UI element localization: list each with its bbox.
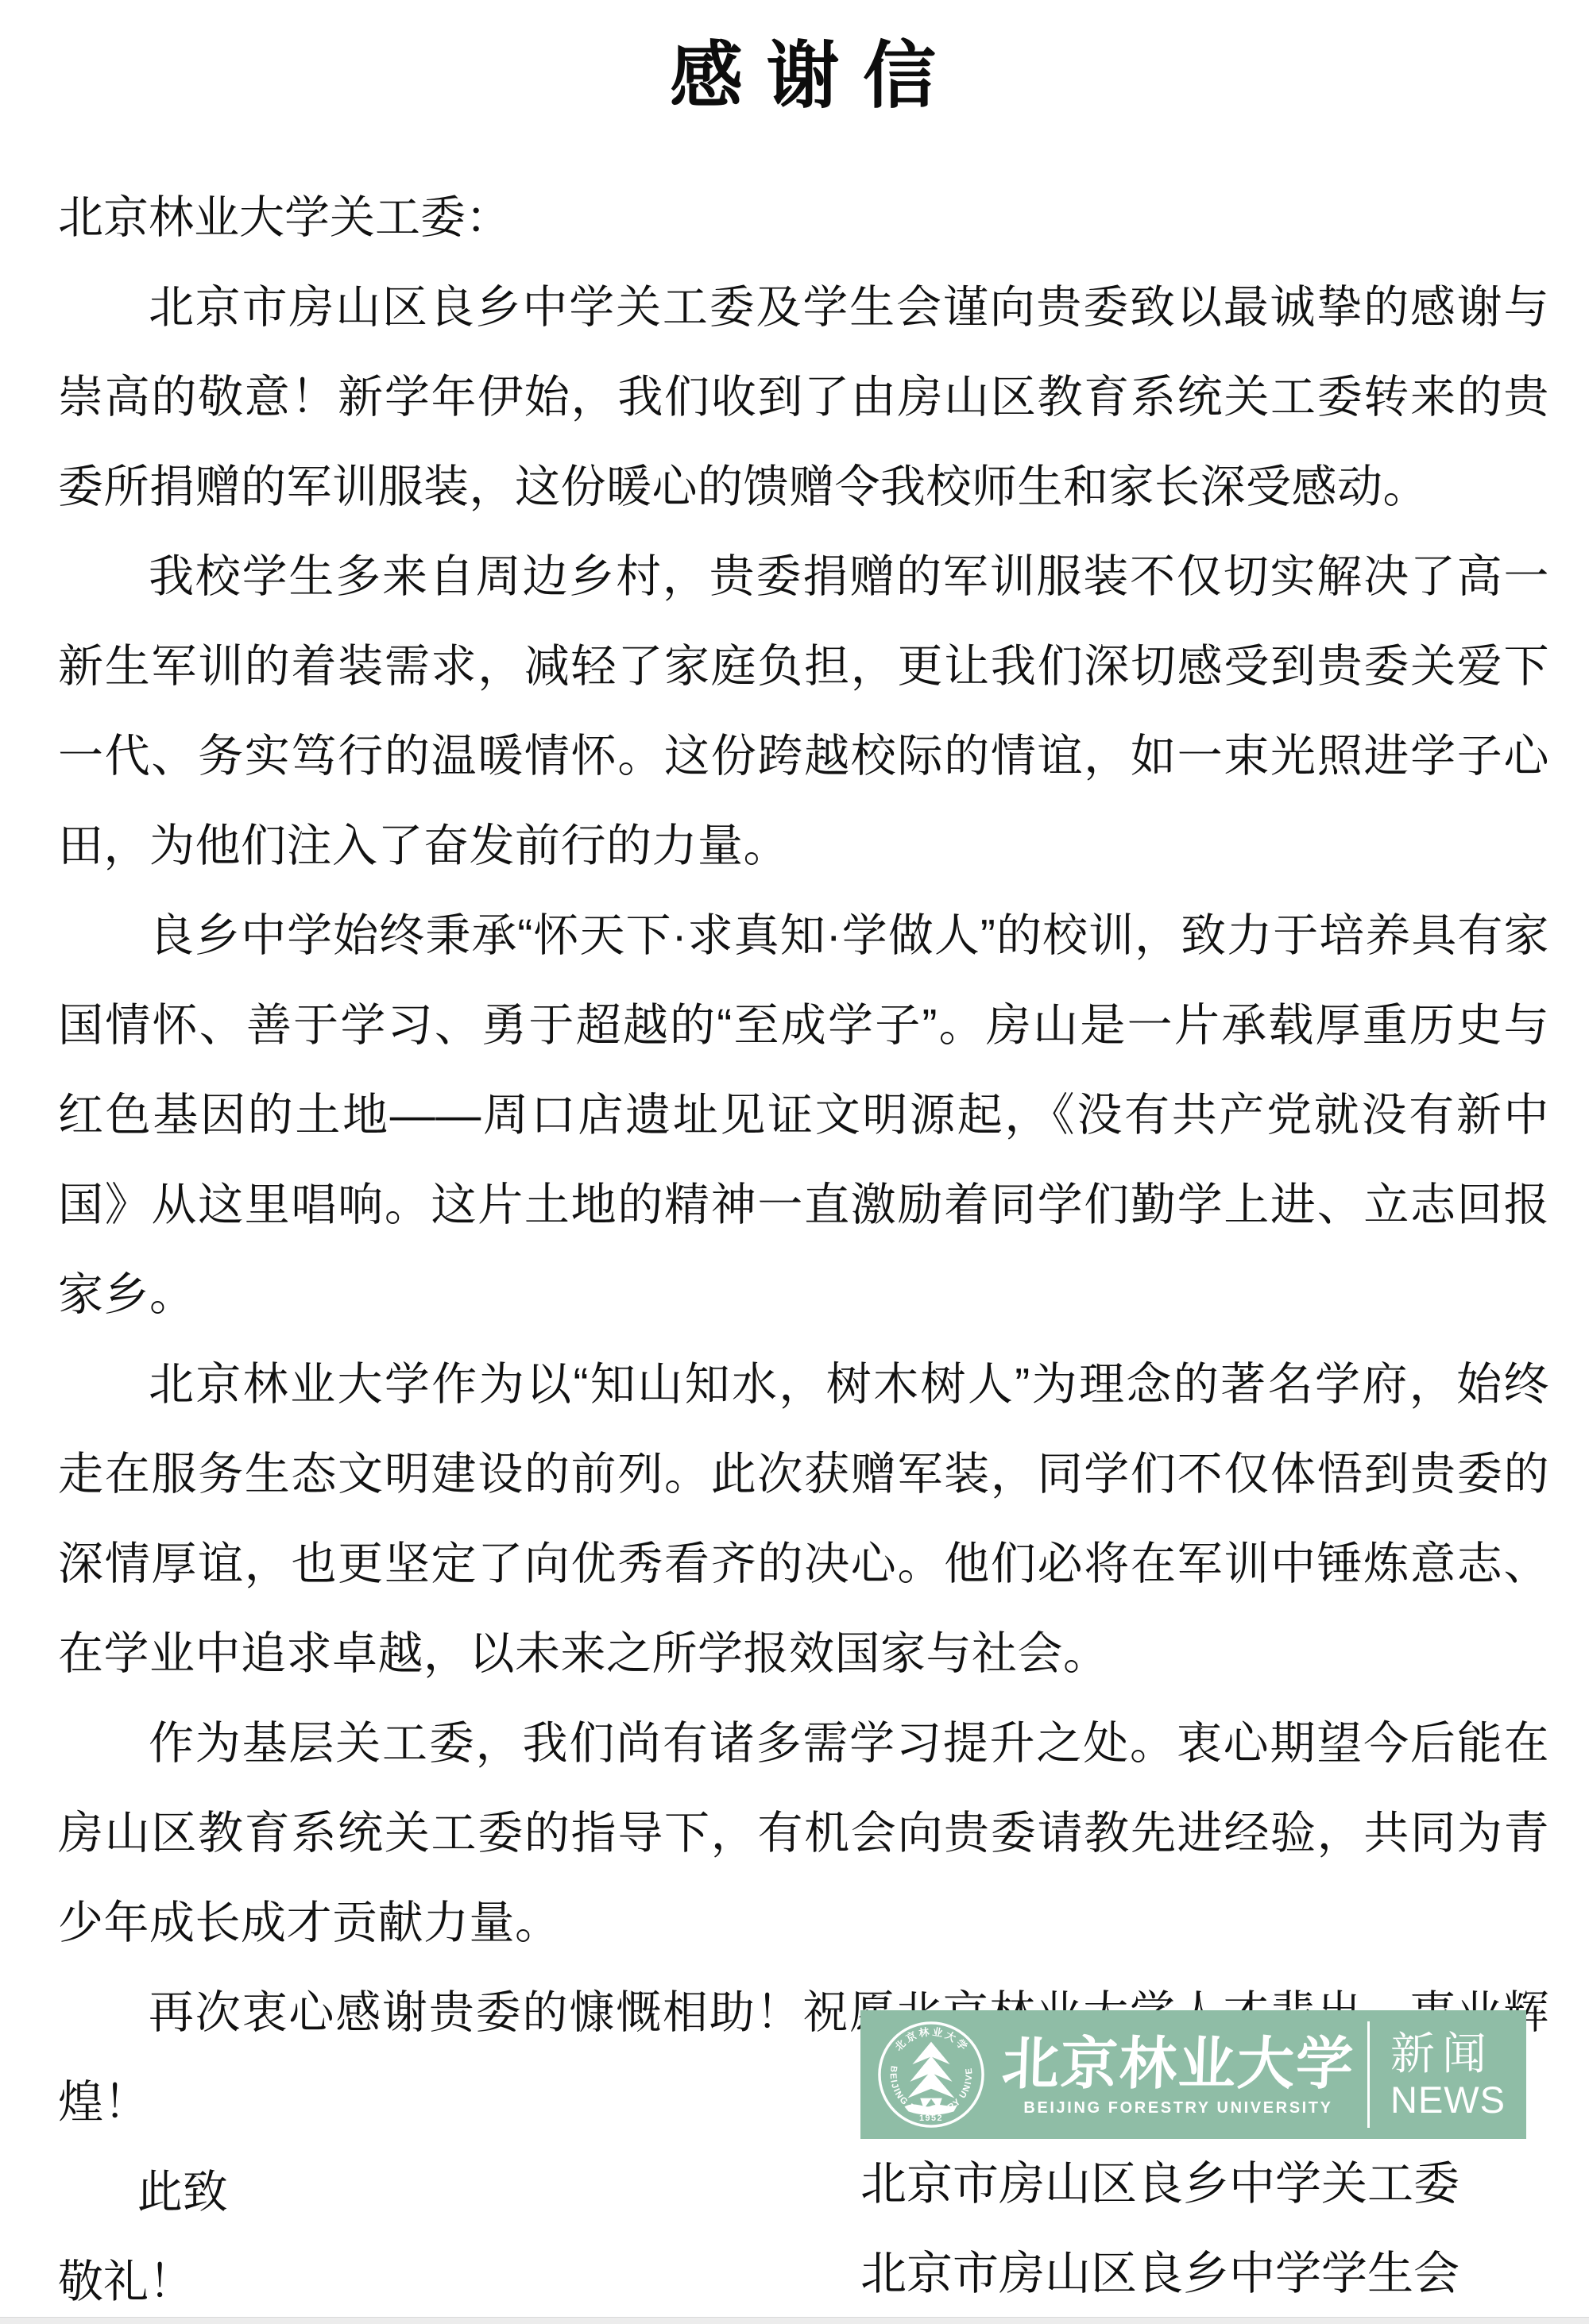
letter-paragraph: 作为基层关工委，我们尚有诸多需学习提升之处。衷心期望今后能在房山区教育系统关工委… (58, 1699, 1549, 1968)
news-label-cn: 新闻 (1390, 2029, 1506, 2079)
university-seal-icon: BEIJING FORESTRY UNIVERSITY 北京林业大学 1952 (876, 2020, 986, 2129)
university-name-block: 北京林业大学 BEIJING FORESTRY UNIVERSITY (999, 2033, 1358, 2117)
letter-paragraph: 我校学生多来自周边乡村，贵委捐赠的军训服装不仅切实解决了高一新生军训的着装需求，… (58, 532, 1549, 891)
signature-line: 北京市房山区良乡中学关工委 (860, 2139, 1526, 2229)
letter-page: 感 谢 信 北京林业大学关工委： 北京市房山区良乡中学关工委及学生会谨向贵委致以… (0, 0, 1589, 2324)
letter-salutation: 北京林业大学关工委： (58, 173, 1549, 263)
letter-content: 感 谢 信 北京林业大学关工委： 北京市房山区良乡中学关工委及学生会谨向贵委致以… (0, 29, 1589, 2324)
university-name-en: BEIJING FORESTRY UNIVERSITY (999, 2099, 1358, 2117)
university-news-banner: BEIJING FORESTRY UNIVERSITY 北京林业大学 1952 … (860, 2010, 1526, 2139)
university-name-cn: 北京林业大学 (998, 2033, 1359, 2096)
page-bottom-strip (0, 2317, 1589, 2324)
news-label-en: NEWS (1390, 2079, 1506, 2121)
seal-year: 1952 (919, 2114, 943, 2123)
letter-paragraph: 北京市房山区良乡中学关工委及学生会谨向贵委致以最诚挚的感谢与崇高的敬意！新学年伊… (58, 263, 1549, 532)
letter-paragraph: 北京林业大学作为以“知山知水，树木树人”为理念的著名学府，始终走在服务生态文明建… (58, 1340, 1549, 1699)
banner-divider (1367, 2021, 1370, 2128)
letter-paragraph: 良乡中学始终秉承“怀天下·求真知·学做人”的校训，致力于培养具有家国情怀、善于学… (58, 891, 1549, 1340)
letter-title: 感 谢 信 (58, 29, 1549, 124)
brand-signature-block: BEIJING FORESTRY UNIVERSITY 北京林业大学 1952 … (860, 2010, 1526, 2318)
news-label-block: 新闻 NEWS (1390, 2029, 1506, 2121)
signature-line: 北京市房山区良乡中学学生会 (860, 2229, 1526, 2318)
